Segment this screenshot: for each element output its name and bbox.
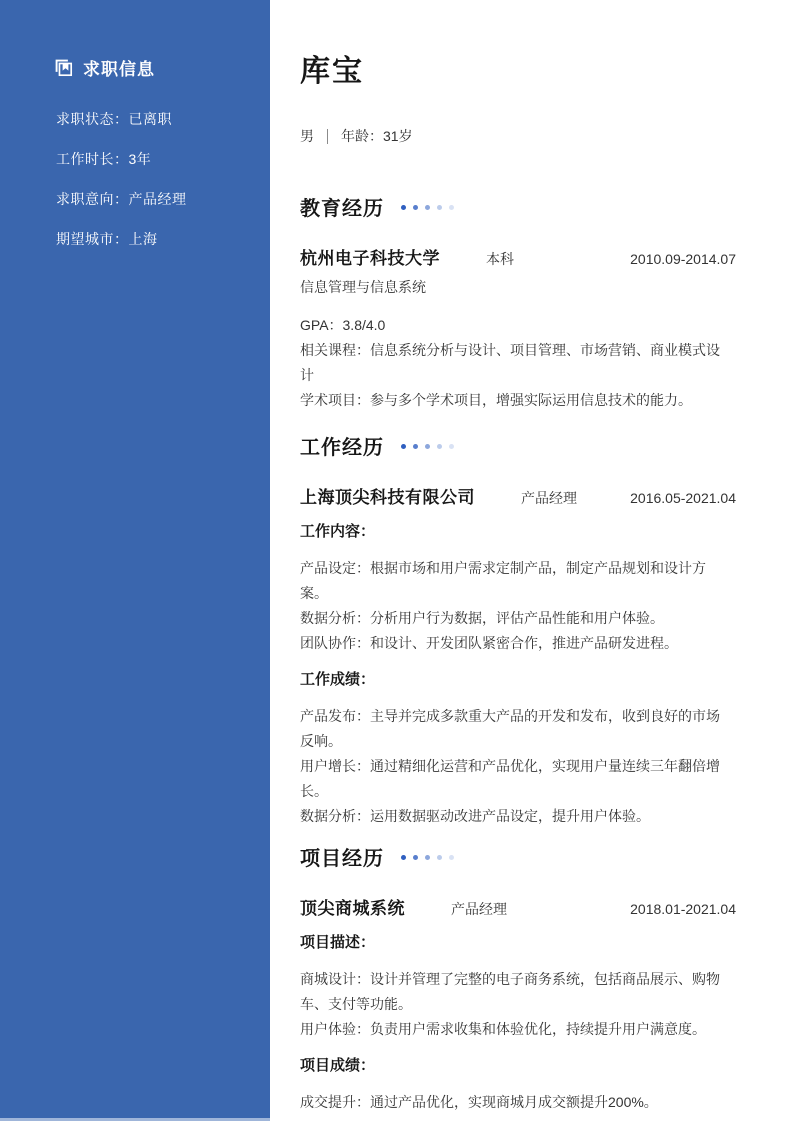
degree: 本科 — [486, 249, 514, 269]
work-achievement-line: 数据分析：运用数据驱动改进产品设定，提升用户体验。 — [300, 804, 732, 829]
education-entry-row: 杭州电子科技大学 本科 2010.09-2014.07 — [300, 244, 736, 266]
company-name: 上海顶尖科技有限公司 — [300, 483, 475, 508]
project-entry-row: 顶尖商城系统 产品经理 2018.01-2021.04 — [300, 894, 736, 916]
expected-city-value: 上海 — [129, 231, 158, 247]
work-achievement-list: 产品发布：主导并完成多款重大产品的开发和发布，收到良好的市场反响。 用户增长：通… — [300, 704, 732, 829]
work-years-value: 3年 — [129, 151, 152, 167]
education-details: GPA：3.8/4.0 相关课程：信息系统分析与设计、项目管理、市场营销、商业模… — [300, 313, 732, 413]
sidebar-item-expected-city: 期望城市：上海 — [56, 231, 270, 247]
job-status-value: 已离职 — [129, 111, 173, 127]
sidebar-header: 求职信息 — [53, 55, 270, 80]
education-period: 2010.09-2014.07 — [630, 251, 736, 267]
project-result-line: 成交提升：通过产品优化，实现商城月成交额提升200%。 — [300, 1090, 732, 1115]
divider — [327, 129, 328, 144]
work-position: 产品经理 — [521, 488, 577, 508]
job-intention-label: 求职意向： — [56, 191, 129, 207]
major: 信息管理与信息系统 — [300, 277, 736, 297]
project-description-list: 商城设计：设计并管理了完整的电子商务系统，包括商品展示、购物车、支付等功能。 用… — [300, 967, 732, 1042]
bookmark-pages-icon — [53, 57, 74, 78]
section-dots-icon — [401, 444, 454, 449]
project-section-title: 项目经历 — [300, 842, 384, 871]
project-description-line: 用户体验：负责用户需求收集和体验优化，持续提升用户满意度。 — [300, 1017, 732, 1042]
work-achievement-line: 产品发布：主导并完成多款重大产品的开发和发布，收到良好的市场反响。 — [300, 704, 732, 754]
work-achievement-label: 工作成绩： — [300, 671, 736, 689]
job-intention-value: 产品经理 — [129, 191, 187, 207]
sidebar-item-job-status: 求职状态：已离职 — [56, 111, 270, 127]
basic-info-row: 男 年龄：31岁 — [300, 126, 736, 146]
gender-value: 男 — [300, 126, 314, 146]
work-section-title: 工作经历 — [300, 431, 384, 460]
sidebar-item-work-years: 工作时长：3年 — [56, 151, 270, 167]
resume-main: 库宝 男 年龄：31岁 教育经历 杭州电子科技大学 本科 2010.09-201… — [300, 0, 736, 1115]
work-period: 2016.05-2021.04 — [630, 490, 736, 506]
section-dots-icon — [401, 205, 454, 210]
education-detail-line: 相关课程：信息系统分析与设计、项目管理、市场营销、商业模式设计 — [300, 338, 732, 388]
project-result-list: 成交提升：通过产品优化，实现商城月成交额提升200%。 — [300, 1090, 732, 1115]
job-status-label: 求职状态： — [56, 111, 129, 127]
education-detail-line: 学术项目：参与多个学术项目，增强实际运用信息技术的能力。 — [300, 388, 732, 413]
work-achievement-line: 用户增长：通过精细化运营和产品优化，实现用户量连续三年翻倍增长。 — [300, 754, 732, 804]
project-description-line: 商城设计：设计并管理了完整的电子商务系统，包括商品展示、购物车、支付等功能。 — [300, 967, 732, 1017]
work-entry-row: 上海顶尖科技有限公司 产品经理 2016.05-2021.04 — [300, 483, 736, 505]
project-position: 产品经理 — [451, 899, 507, 919]
education-detail-line: GPA：3.8/4.0 — [300, 313, 732, 338]
work-content-line: 产品设定：根据市场和用户需求定制产品，制定产品规划和设计方案。 — [300, 556, 732, 606]
section-dots-icon — [401, 855, 454, 860]
work-content-list: 产品设定：根据市场和用户需求定制产品，制定产品规划和设计方案。 数据分析：分析用… — [300, 556, 732, 656]
expected-city-label: 期望城市： — [56, 231, 129, 247]
project-name: 顶尖商城系统 — [300, 894, 405, 919]
sidebar: 求职信息 求职状态：已离职 工作时长：3年 求职意向：产品经理 期望城市：上海 — [0, 0, 270, 1121]
work-content-label: 工作内容： — [300, 523, 736, 541]
project-period: 2018.01-2021.04 — [630, 901, 736, 917]
project-description-label: 项目描述： — [300, 934, 736, 952]
education-section-title: 教育经历 — [300, 192, 384, 221]
work-content-line: 团队协作：和设计、开发团队紧密合作，推进产品研发进程。 — [300, 631, 732, 656]
project-section-header: 项目经历 — [300, 844, 736, 868]
work-section-header: 工作经历 — [300, 433, 736, 457]
work-years-label: 工作时长： — [56, 151, 129, 167]
age-value: 年龄：31岁 — [341, 126, 413, 146]
project-result-label: 项目成绩： — [300, 1057, 736, 1075]
sidebar-title: 求职信息 — [83, 55, 155, 80]
school-name: 杭州电子科技大学 — [300, 244, 440, 269]
sidebar-item-job-intention: 求职意向：产品经理 — [56, 191, 270, 207]
candidate-name: 库宝 — [300, 52, 736, 92]
education-section-header: 教育经历 — [300, 194, 736, 218]
work-content-line: 数据分析：分析用户行为数据，评估产品性能和用户体验。 — [300, 606, 732, 631]
